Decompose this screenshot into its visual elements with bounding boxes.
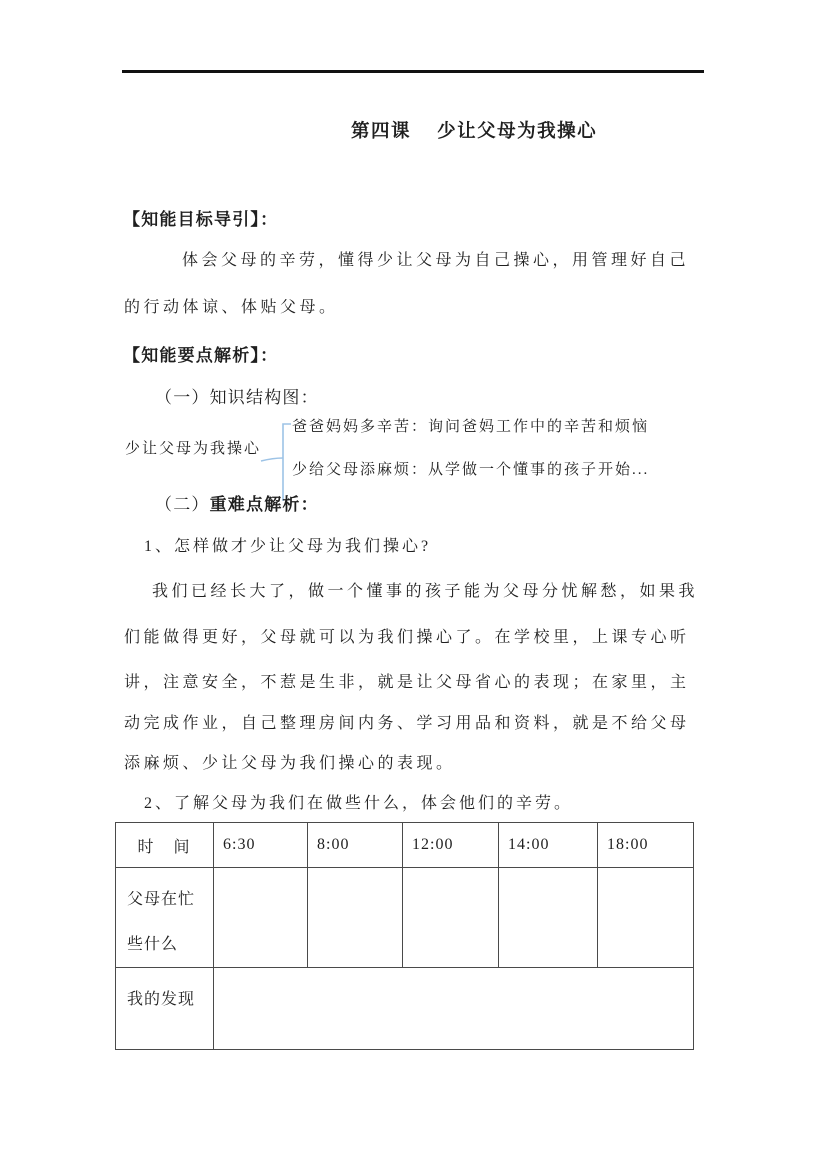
empty-cell: [598, 868, 694, 968]
diagram-root-label: 少让父母为我操心: [125, 440, 261, 459]
document-page: 第四课 少让父母为我操心 【知能目标导引】： 体会父母的辛劳，懂得少让父母为自己…: [0, 0, 826, 1169]
header-rule: [122, 70, 704, 73]
goal-paragraph-line: 体会父母的辛劳，懂得少让父母为自己操心，用管理好自己: [182, 251, 689, 271]
subsection-label: 重难点解析：: [210, 495, 319, 514]
answer-paragraph-line: 添麻烦、少让父母为我们操心的表现。: [124, 754, 456, 774]
empty-cell: [214, 868, 308, 968]
table-row-parents-busy: 父母在忙 些什么: [116, 868, 694, 968]
table-header-time-800: 8:00: [308, 823, 403, 868]
row-label-my-finding: 我的发现: [116, 968, 214, 1050]
table-header-row: 时 间 6:30 8:00 12:00 14:00 18:00: [116, 823, 694, 868]
subsection-heading-keypoints: （二）重难点解析：: [155, 490, 319, 515]
row-label-line: 些什么: [127, 922, 213, 967]
answer-paragraph-line: 讲，注意安全，不惹是生非，就是让父母省心的表现；在家里，主: [124, 673, 690, 693]
diagram-branch-1: 爸爸妈妈多辛苦：询问爸妈工作中的辛苦和烦恼: [292, 418, 649, 437]
table-header-time-1200: 12:00: [403, 823, 499, 868]
answer-paragraph-line: 动完成作业，自己整理房间内务、学习用品和资料，就是不给父母: [124, 714, 690, 734]
empty-cell: [308, 868, 403, 968]
page-title: 第四课 少让父母为我操心: [351, 117, 597, 143]
answer-paragraph-line: 们能做得更好，父母就可以为我们操心了。在学校里，上课专心听: [124, 628, 690, 648]
schedule-table: 时 间 6:30 8:00 12:00 14:00 18:00 父母在忙 些什么…: [115, 822, 694, 1050]
section-heading-analysis: 【知能要点解析】：: [123, 341, 278, 366]
row-label-parents-busy: 父母在忙 些什么: [116, 868, 214, 968]
table-row-my-finding: 我的发现: [116, 968, 694, 1050]
goal-paragraph-line: 的行动体谅、体贴父母。: [124, 298, 339, 318]
table-header-time-1800: 18:00: [598, 823, 694, 868]
row-label-line: 父母在忙: [127, 877, 213, 922]
question-2: 2、了解父母为我们在做些什么，体会他们的辛劳。: [144, 794, 573, 814]
empty-cell: [403, 868, 499, 968]
diagram-branch-2: 少给父母添麻烦：从学做一个懂事的孩子开始...: [292, 461, 649, 480]
table-header-time-1400: 14:00: [499, 823, 598, 868]
empty-cell: [499, 868, 598, 968]
question-1: 1、怎样做才少让父母为我们操心?: [144, 537, 431, 557]
subsection-number: （二）: [155, 495, 210, 514]
table-header-time-label: 时 间: [116, 823, 214, 868]
table-header-time-630: 6:30: [214, 823, 308, 868]
answer-paragraph-line: 我们已经长大了，做一个懂事的孩子能为父母分忧解愁，如果我: [152, 582, 698, 602]
empty-merged-cell: [214, 968, 694, 1050]
subsection-heading-structure: （一）知识结构图：: [155, 383, 319, 408]
section-heading-goal: 【知能目标导引】：: [123, 205, 278, 230]
